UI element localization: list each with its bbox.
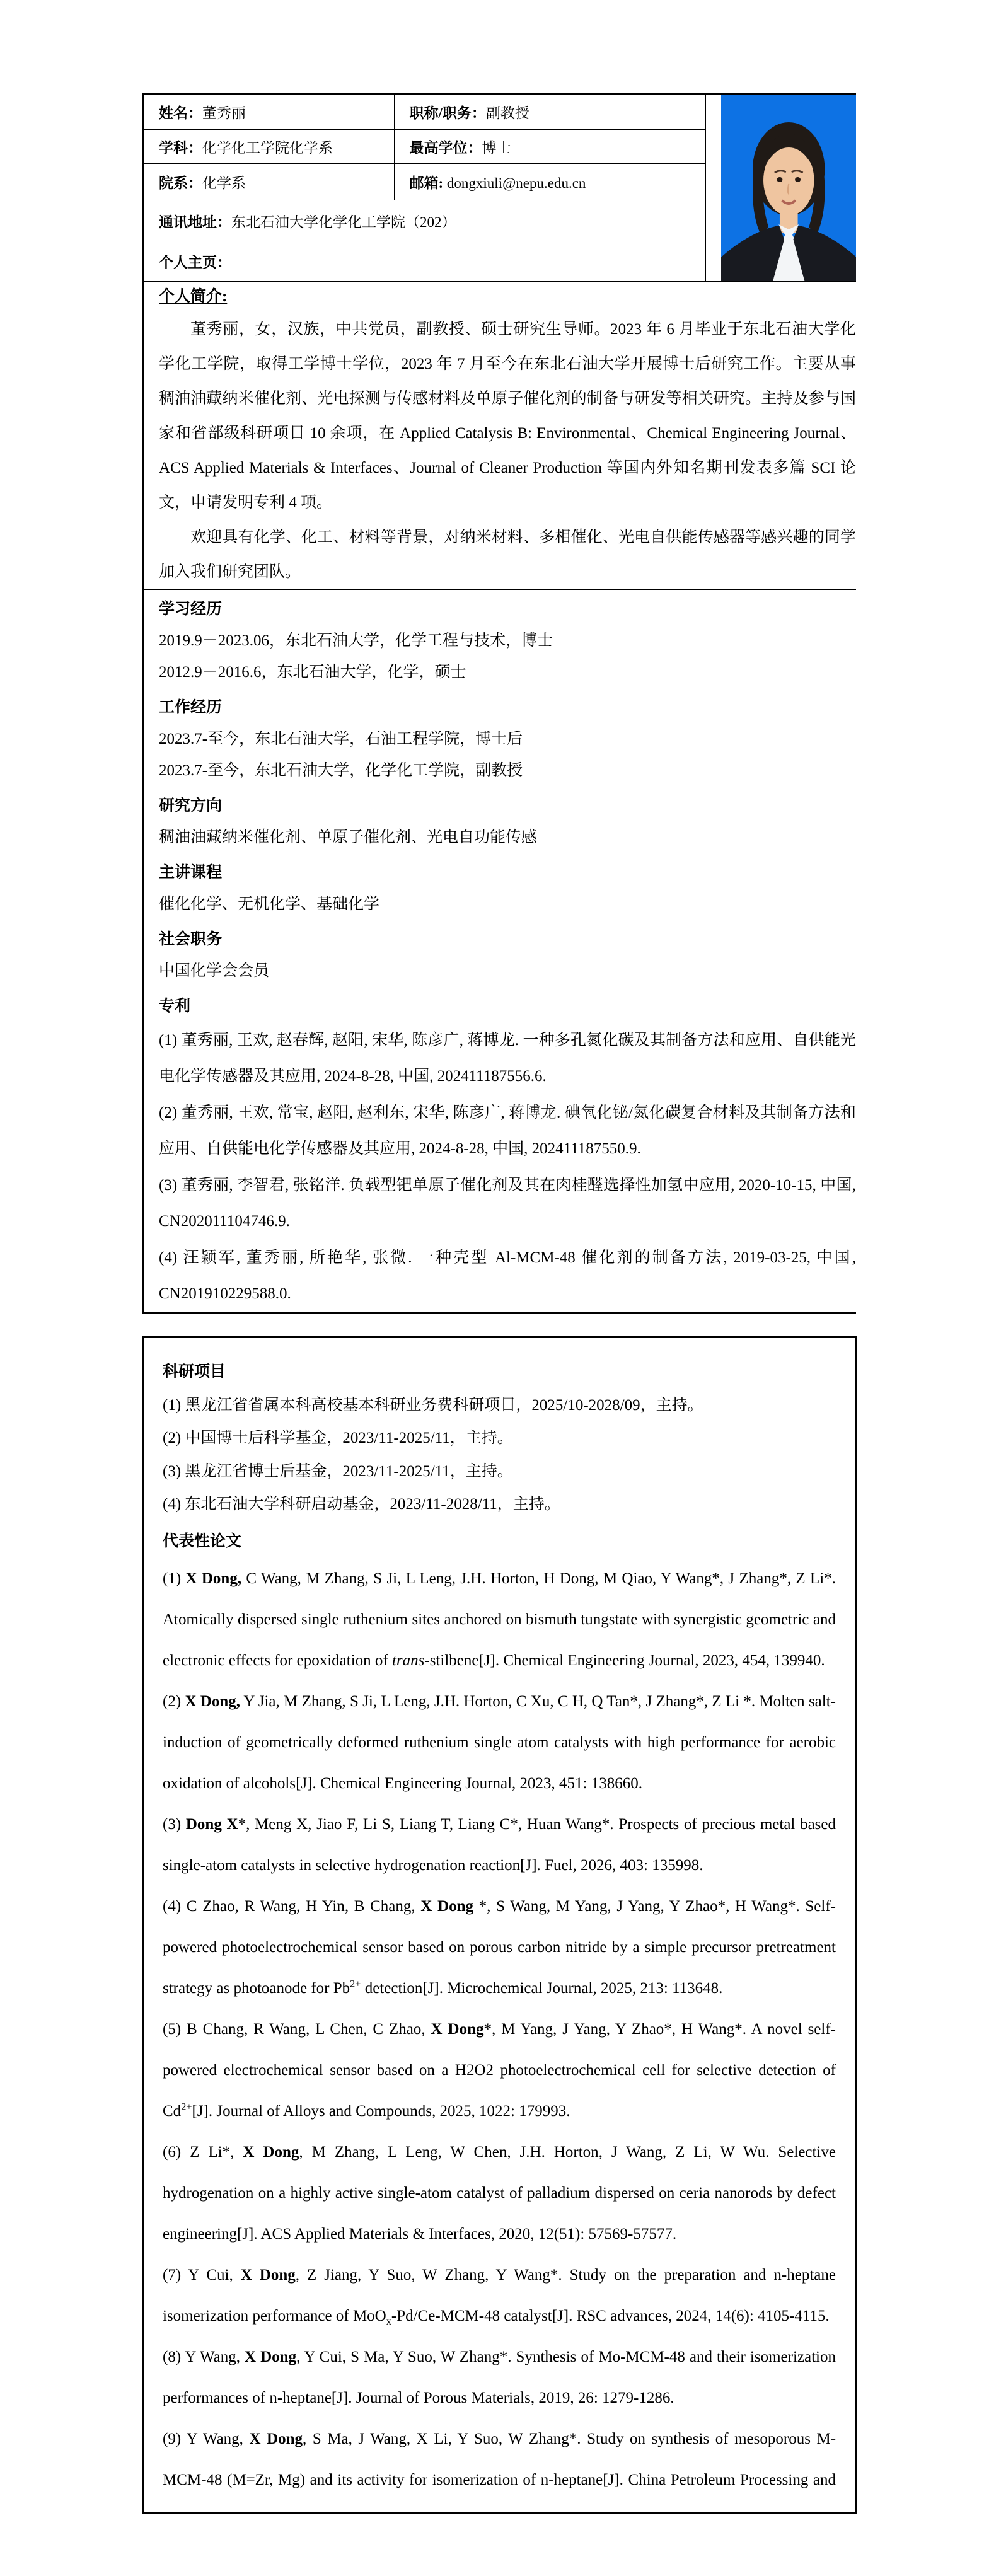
bio-cell: 个人简介: 董秀丽，女，汉族，中共党员，副教授、硕士研究生导师。2023 年 6… xyxy=(143,282,856,590)
degree-value: 博士 xyxy=(482,140,511,156)
profile-section-list: 学习经历2019.9－2023.06，东北石油大学，化学工程与技术，博士2012… xyxy=(159,594,856,1312)
content-block: (9) Y Wang, X Dong, S Ma, J Wang, X Li, … xyxy=(163,2418,836,2514)
email-label: 邮箱: xyxy=(410,175,447,191)
profile-box: 姓名：董秀丽 职称/职务：副教授 xyxy=(142,93,856,1316)
content-block: (2) 中国博士后科学基金，2023/11-2025/11，主持。 xyxy=(163,1422,836,1455)
content-block: (1) X Dong, C Wang, M Zhang, S Ji, L Len… xyxy=(163,1558,836,1681)
table-row: 学习经历2019.9－2023.06，东北石油大学，化学工程与技术，博士2012… xyxy=(143,589,856,1313)
title-cell: 职称/职务：副教授 xyxy=(394,94,705,130)
content-block: 主讲课程 xyxy=(159,857,856,889)
photo-cell xyxy=(705,94,856,282)
bio-header: 个人简介: xyxy=(159,282,856,312)
content-block: (2) X Dong, Y Jia, M Zhang, S Ji, L Leng… xyxy=(163,1681,836,1804)
table-row: 个人简介: 董秀丽，女，汉族，中共党员，副教授、硕士研究生导师。2023 年 6… xyxy=(143,282,856,590)
discipline-value: 化学化工学院化学系 xyxy=(202,140,333,156)
content-block: (6) Z Li*, X Dong, M Zhang, L Leng, W Ch… xyxy=(163,2132,836,2255)
content-block: 代表性论文 xyxy=(163,1525,836,1559)
discipline-cell: 学科：化学化工学院化学系 xyxy=(143,130,394,164)
department-cell: 院系：化学系 xyxy=(143,163,394,200)
name-cell: 姓名：董秀丽 xyxy=(143,94,394,130)
content-block: (4) C Zhao, R Wang, H Yin, B Chang, X Do… xyxy=(163,1886,836,2009)
email-value: dongxiuli@nepu.edu.cn xyxy=(447,175,586,191)
content-block: 社会职务 xyxy=(159,924,856,956)
content-block: (5) B Chang, R Wang, L Chen, C Zhao, X D… xyxy=(163,2009,836,2132)
content-block: 2023.7-至今，东北石油大学，化学化工学院，副教授 xyxy=(159,755,856,787)
content-block: (3) Dong X*, Meng X, Jiao F, Li S, Liang… xyxy=(163,1804,836,1886)
content-block: (8) Y Wang, X Dong, Y Cui, S Ma, Y Suo, … xyxy=(163,2336,836,2418)
content-block: 学习经历 xyxy=(159,594,856,625)
department-value: 化学系 xyxy=(202,175,246,191)
bio-paragraph: 董秀丽，女，汉族，中共党员，副教授、硕士研究生导师。2023 年 6 月毕业于东… xyxy=(159,312,856,520)
profile-table: 姓名：董秀丽 职称/职务：副教授 xyxy=(142,93,856,1314)
content-block: 工作经历 xyxy=(159,692,856,724)
content-block: (7) Y Cui, X Dong, Z Jiang, Y Suo, W Zha… xyxy=(163,2255,836,2336)
content-block: 2023.7-至今，东北石油大学，石油工程学院，博士后 xyxy=(159,724,856,755)
content-block: 2019.9－2023.06，东北石油大学，化学工程与技术，博士 xyxy=(159,625,856,657)
content-block: 中国化学会会员 xyxy=(159,956,856,987)
content-block: 催化化学、无机化学、基础化学 xyxy=(159,889,856,920)
title-value: 副教授 xyxy=(486,105,529,121)
research-block-list: 科研项目(1) 黑龙江省省属本科高校基本科研业务费科研项目，2025/10-20… xyxy=(163,1356,836,2514)
discipline-label: 学科： xyxy=(159,140,202,156)
degree-cell: 最高学位：博士 xyxy=(394,130,705,164)
name-label: 姓名： xyxy=(159,105,202,121)
profile-photo xyxy=(721,95,857,281)
content-block: 2012.9－2016.6，东北石油大学，化学，硕士 xyxy=(159,657,856,688)
degree-label: 最高学位： xyxy=(410,140,482,156)
bio-paragraph: 欢迎具有化学、化工、材料等背景，对纳米材料、多相催化、光电自供能传感器等感兴趣的… xyxy=(159,520,856,589)
table-row: 姓名：董秀丽 职称/职务：副教授 xyxy=(143,94,856,130)
name-value: 董秀丽 xyxy=(202,105,246,121)
title-label: 职称/职务： xyxy=(410,105,486,121)
content-block: (1) 黑龙江省省属本科高校基本科研业务费科研项目，2025/10-2028/0… xyxy=(163,1389,836,1423)
portrait-illustration xyxy=(721,95,857,281)
email-cell: 邮箱: dongxiuli@nepu.edu.cn xyxy=(394,163,705,200)
content-block: (3) 黑龙江省博士后基金，2023/11-2025/11，主持。 xyxy=(163,1455,836,1489)
content-block: (2) 董秀丽, 王欢, 常宝, 赵阳, 赵利东, 宋华, 陈彦广, 蒋博龙. … xyxy=(159,1095,856,1167)
content-block: 科研项目 xyxy=(163,1356,836,1389)
content-block: 专利 xyxy=(159,991,856,1022)
homepage-label: 个人主页： xyxy=(159,255,231,270)
content-block: 研究方向 xyxy=(159,790,856,822)
content-block: (3) 董秀丽, 李智君, 张铭洋. 负载型钯单原子催化剂及其在肉桂醛选择性加氢… xyxy=(159,1167,856,1240)
address-label: 通讯地址： xyxy=(159,214,231,230)
content-block: 稠油油藏纳米催化剂、单原子催化剂、光电自功能传感 xyxy=(159,822,856,853)
research-box: 科研项目(1) 黑龙江省省属本科高校基本科研业务费科研项目，2025/10-20… xyxy=(142,1336,857,2514)
homepage-cell: 个人主页： xyxy=(143,241,705,282)
content-block: (4) 汪颖军, 董秀丽, 所艳华, 张微. 一种壳型 Al-MCM-48 催化… xyxy=(159,1240,856,1312)
department-label: 院系： xyxy=(159,175,202,191)
address-value: 东北石油大学化学化工学院（202） xyxy=(231,214,456,230)
content-block: (1) 董秀丽, 王欢, 赵春辉, 赵阳, 宋华, 陈彦广, 蒋博龙. 一种多孔… xyxy=(159,1022,856,1095)
bio-paragraph-list: 董秀丽，女，汉族，中共党员，副教授、硕士研究生导师。2023 年 6 月毕业于东… xyxy=(159,312,856,589)
sections-cell: 学习经历2019.9－2023.06，东北石油大学，化学工程与技术，博士2012… xyxy=(143,589,856,1313)
content-block: (4) 东北石油大学科研启动基金，2023/11-2028/11，主持。 xyxy=(163,1488,836,1522)
address-cell: 通讯地址：东北石油大学化学化工学院（202） xyxy=(143,200,705,241)
